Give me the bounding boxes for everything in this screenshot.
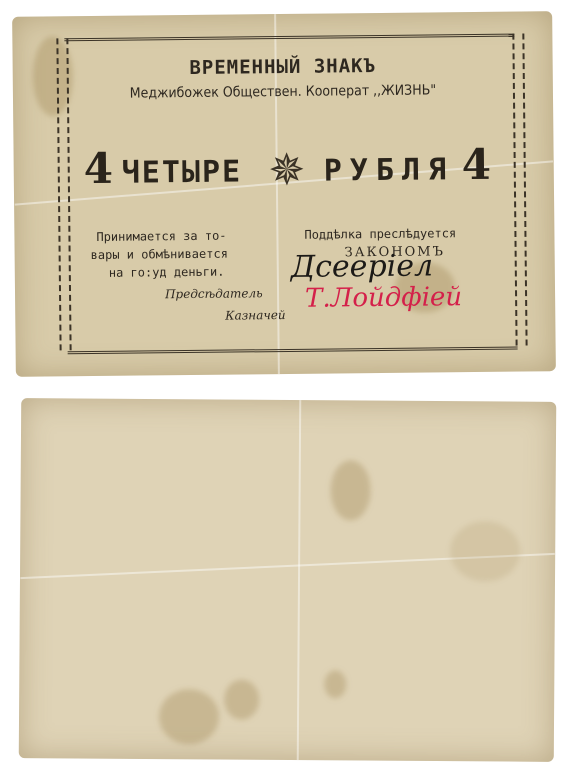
banknote-back <box>19 398 557 762</box>
treasurer-label: Казначей <box>225 308 285 323</box>
vertical-fold <box>297 400 302 760</box>
stain <box>450 521 520 581</box>
right-wavy-border <box>512 33 527 345</box>
warning-line: Поддѣлка преслѣдуется <box>304 226 456 242</box>
stain <box>324 670 346 698</box>
stain <box>159 689 219 744</box>
denomination-word-right: РУБЛЯ <box>324 152 455 188</box>
chairman-label: Предсѣдатель <box>165 286 263 301</box>
denomination-numeral-left: 4 <box>83 144 113 193</box>
accept-line-1: Принимается за то- <box>96 229 226 244</box>
accept-line-3: на го:уд деньги. <box>109 265 225 280</box>
chairman-signature: Дсееріел <box>291 248 434 284</box>
treasurer-signature: Т.Лойдфіей <box>305 282 462 314</box>
stain <box>330 460 370 520</box>
denomination-numeral-right: 4 <box>461 140 491 189</box>
accept-line-2: вары и обмѣнивается <box>91 247 228 262</box>
banknote-front: ВРЕМЕННЫЙ ЗНАКЪ Меджибожек Обществен. Ко… <box>12 11 556 377</box>
denomination-word-left: ЧЕТЫРЕ <box>122 154 243 190</box>
star-emblem-icon: ✵ <box>261 146 312 197</box>
stain <box>224 680 259 720</box>
